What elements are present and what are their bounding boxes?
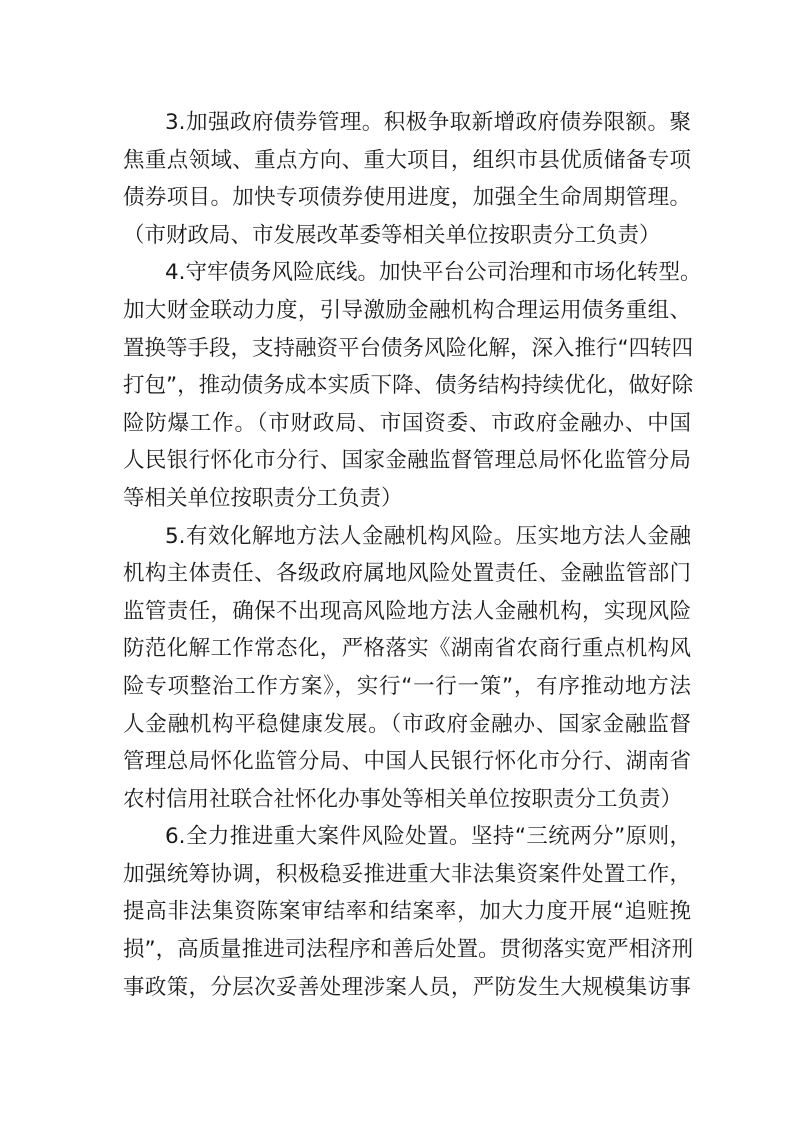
paragraph-item-6: 6.全力推进重大案件风险处置。坚持“三统两分”原则， 加强统筹协调，积极稳妥推进… (123, 818, 691, 1006)
paragraph-line: 管理总局怀化监管分局、中国人民银行怀化市分行、湖南省 (123, 743, 691, 781)
paragraph-line: 险专项整治工作方案》，实行“一行一策”，有序推动地方法 (123, 668, 691, 706)
paragraph-line: 焦重点领域、重点方向、重大项目，组织市县优质储备专项 (123, 142, 691, 180)
paragraph-line: 防范化解工作常态化，严格落实《湖南省农商行重点机构风 (123, 630, 691, 668)
document-body: 3.加强政府债券管理。积极争取新增政府债券限额。聚 焦重点领域、重点方向、重大项… (123, 104, 691, 1006)
paragraph-line: 农村信用社联合社怀化办事处等相关单位按职责分工负责） (123, 781, 691, 819)
paragraph-line: 加大财金联动力度，引导激励金融机构合理运用债务重组、 (123, 292, 691, 330)
paragraph-line: 人金融机构平稳健康发展。（市政府金融办、国家金融监督 (123, 706, 691, 744)
paragraph-line: 险防爆工作。（市财政局、市国资委、市政府金融办、中国 (123, 405, 691, 443)
paragraph-line: （市财政局、市发展改革委等相关单位按职责分工负责） (123, 217, 691, 255)
paragraph-line: 打包”，推动债务成本实质下降、债务结构持续优化，做好除 (123, 367, 691, 405)
paragraph-item-5: 5.有效化解地方法人金融机构风险。压实地方法人金融 机构主体责任、各级政府属地风… (123, 518, 691, 819)
paragraph-line: 债券项目。加快专项债券使用进度，加强全生命周期管理。 (123, 179, 691, 217)
paragraph-line: 人民银行怀化市分行、国家金融监督管理总局怀化监管分局 (123, 442, 691, 480)
paragraph-line: 事政策，分层次妥善处理涉案人员，严防发生大规模集访事 (123, 969, 691, 1007)
paragraph-line: 等相关单位按职责分工负责） (123, 480, 691, 518)
paragraph-line: 提高非法集资陈案审结率和结案率，加大力度开展“追赃挽 (123, 893, 691, 931)
paragraph-line: 机构主体责任、各级政府属地风险处置责任、金融监管部门 (123, 555, 691, 593)
document-page: 3.加强政府债券管理。积极争取新增政府债券限额。聚 焦重点领域、重点方向、重大项… (0, 0, 793, 1122)
paragraph-line: 4.守牢债务风险底线。加快平台公司治理和市场化转型。 (123, 254, 691, 292)
paragraph-line: 3.加强政府债券管理。积极争取新增政府债券限额。聚 (123, 104, 691, 142)
paragraph-line: 监管责任，确保不出现高风险地方法人金融机构，实现风险 (123, 593, 691, 631)
paragraph-line: 6.全力推进重大案件风险处置。坚持“三统两分”原则， (123, 818, 691, 856)
paragraph-item-3: 3.加强政府债券管理。积极争取新增政府债券限额。聚 焦重点领域、重点方向、重大项… (123, 104, 691, 254)
paragraph-line: 置换等手段，支持融资平台债务风险化解，深入推行“四转四 (123, 330, 691, 368)
paragraph-line: 损”，高质量推进司法程序和善后处置。贯彻落实宽严相济刑 (123, 931, 691, 969)
paragraph-line: 5.有效化解地方法人金融机构风险。压实地方法人金融 (123, 518, 691, 556)
paragraph-line: 加强统筹协调，积极稳妥推进重大非法集资案件处置工作， (123, 856, 691, 894)
paragraph-item-4: 4.守牢债务风险底线。加快平台公司治理和市场化转型。 加大财金联动力度，引导激励… (123, 254, 691, 517)
